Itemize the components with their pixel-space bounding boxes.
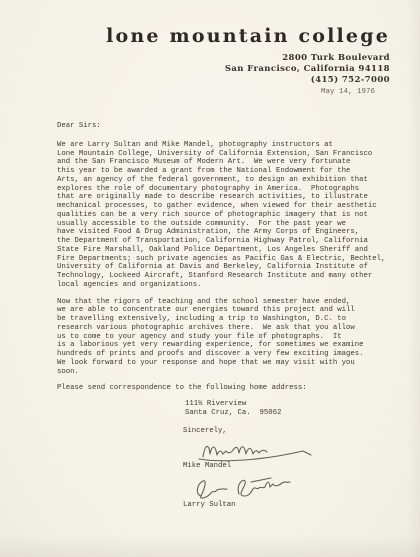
- letterhead-street: 2800 Turk Boulevard: [0, 53, 390, 64]
- letter-date: May 14, 1976: [0, 88, 390, 96]
- signature-block: Mike Mandel Larry Sultan: [183, 438, 392, 510]
- letterhead-address: 2800 Turk Boulevard San Francisco, Calif…: [0, 53, 390, 86]
- letter-page: lone mountain college 2800 Turk Boulevar…: [0, 0, 420, 557]
- college-name: lone mountain college: [0, 24, 390, 48]
- signature-larry-sultan: [187, 472, 305, 504]
- paragraph-2: Now that the rigors of teaching and the …: [57, 298, 392, 377]
- signature-mike-mandel: [193, 438, 318, 464]
- letterhead-phone: (415) 752-7000: [0, 75, 390, 86]
- typed-name-larry-sultan: Larry Sultan: [183, 501, 392, 510]
- letter-body: Dear Sirs: We are Larry Sultan and Mike …: [57, 122, 392, 510]
- letterhead-city: San Francisco, California 94118: [0, 64, 390, 75]
- paragraph-3: Please send correspondence to the follow…: [57, 384, 392, 393]
- closing: Sincerely,: [183, 427, 392, 436]
- paragraph-1: We are Larry Sultan and Mike Mandel, pho…: [57, 141, 392, 290]
- letterhead: lone mountain college 2800 Turk Boulevar…: [0, 0, 420, 96]
- salutation: Dear Sirs:: [57, 122, 392, 131]
- typed-name-mike-mandel: Mike Mandel: [183, 462, 392, 471]
- home-address: 111½ Riverview Santa Cruz, Ca. 95062: [185, 400, 392, 418]
